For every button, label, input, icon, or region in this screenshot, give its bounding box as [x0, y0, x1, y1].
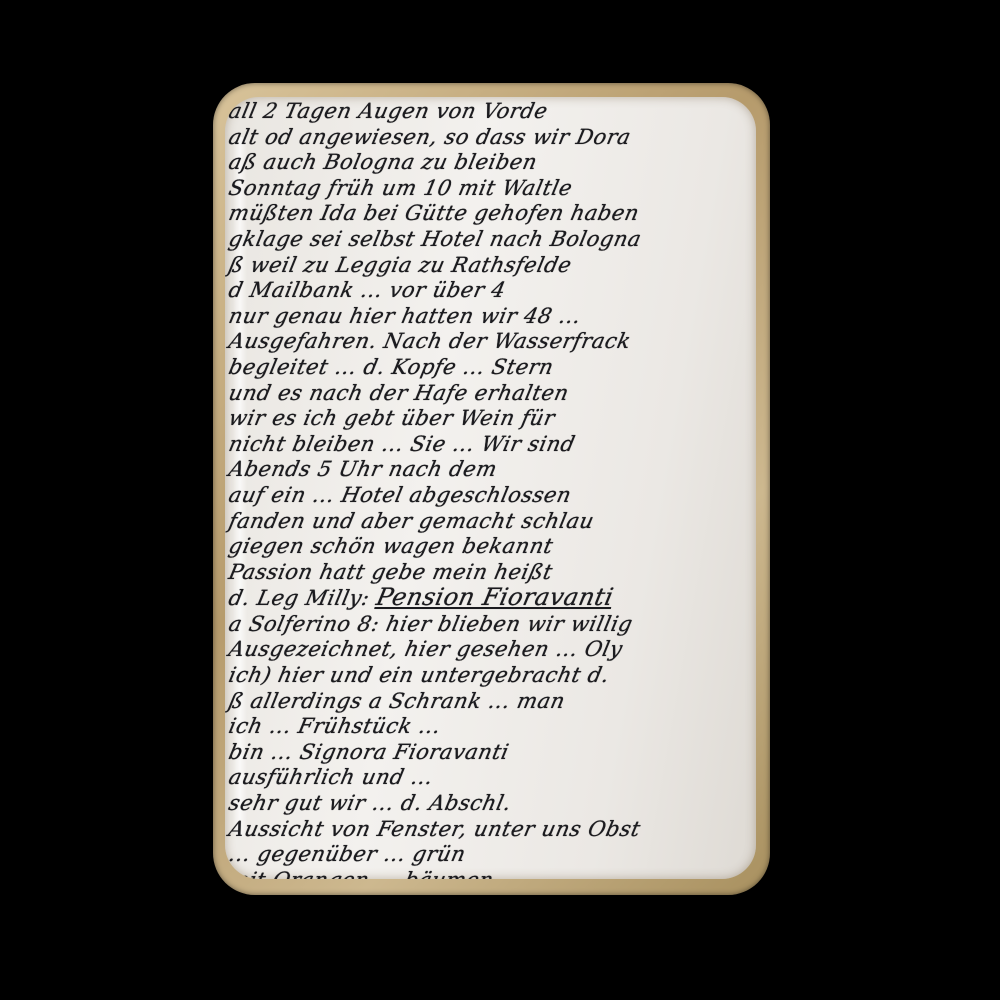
tray-rim: all 2 Tagen Augen von Vorde alt od angew… — [213, 83, 770, 895]
script-line: begleitet ... d. Kopfe ... Stern — [226, 355, 756, 381]
script-line: ich ... Frühstück ... — [226, 714, 756, 740]
script-line: d Mailbank ... vor über 4 — [226, 278, 756, 304]
script-line: Ausgezeichnet, hier gesehen ... Oly — [226, 637, 756, 663]
handwritten-text: all 2 Tagen Augen von Vorde alt od angew… — [229, 99, 756, 879]
script-line: Ausgefahren. Nach der Wasserfrack — [226, 329, 756, 355]
script-line: auf ein ... Hotel abgeschlossen — [226, 483, 756, 509]
script-line: aß auch Bologna zu bleiben — [226, 150, 756, 176]
script-line: bin ... Signora Fioravanti — [226, 740, 756, 766]
script-line: Passion hatt gebe mein heißt — [226, 560, 756, 586]
script-line: all 2 Tagen Augen von Vorde — [226, 99, 756, 125]
script-line: nicht bleiben ... Sie ... Wir sind — [226, 432, 756, 458]
script-line: gklage sei selbst Hotel nach Bologna — [226, 227, 756, 253]
script-line: Sonntag früh um 10 mit Waltle — [226, 176, 756, 202]
script-line: alt od angewiesen, so dass wir Dora — [226, 125, 756, 151]
script-line: Aussicht von Fenster, unter uns Obst — [226, 817, 756, 843]
script-line: giegen schön wagen bekannt — [226, 534, 756, 560]
script-line: ich) hier und ein untergebracht d. — [226, 663, 756, 689]
script-line: ß allerdings a Schrank ... man — [226, 689, 756, 715]
script-line: sehr gut wir ... d. Abschl. — [226, 791, 756, 817]
script-line: und es nach der Hafe erhalten — [226, 381, 756, 407]
script-text: d. Leg Milly: — [227, 586, 372, 610]
script-line: ausführlich und ... — [226, 765, 756, 791]
script-line-solferino: a Solferino 8: hier blieben wir willig — [226, 612, 756, 638]
script-line: Abends 5 Uhr nach dem — [226, 457, 756, 483]
script-line: mit Orangen ... bäumen — [226, 868, 756, 879]
tray-surface: all 2 Tagen Augen von Vorde alt od angew… — [225, 97, 756, 879]
script-line: müßten Ida bei Gütte gehofen haben — [226, 201, 756, 227]
script-line: ß weil zu Leggia zu Rathsfelde — [226, 253, 756, 279]
underlined-pension-fioravanti: Pension Fioravanti — [374, 583, 616, 611]
script-line: wir es ich gebt über Wein für — [226, 406, 756, 432]
script-line-pension: d. Leg Milly: Pension Fioravanti — [226, 585, 756, 612]
script-line: fanden und aber gemacht schlau — [226, 509, 756, 535]
script-line: nur genau hier hatten wir 48 ... — [226, 304, 756, 330]
script-line: ... gegenüber ... grün — [226, 842, 756, 868]
